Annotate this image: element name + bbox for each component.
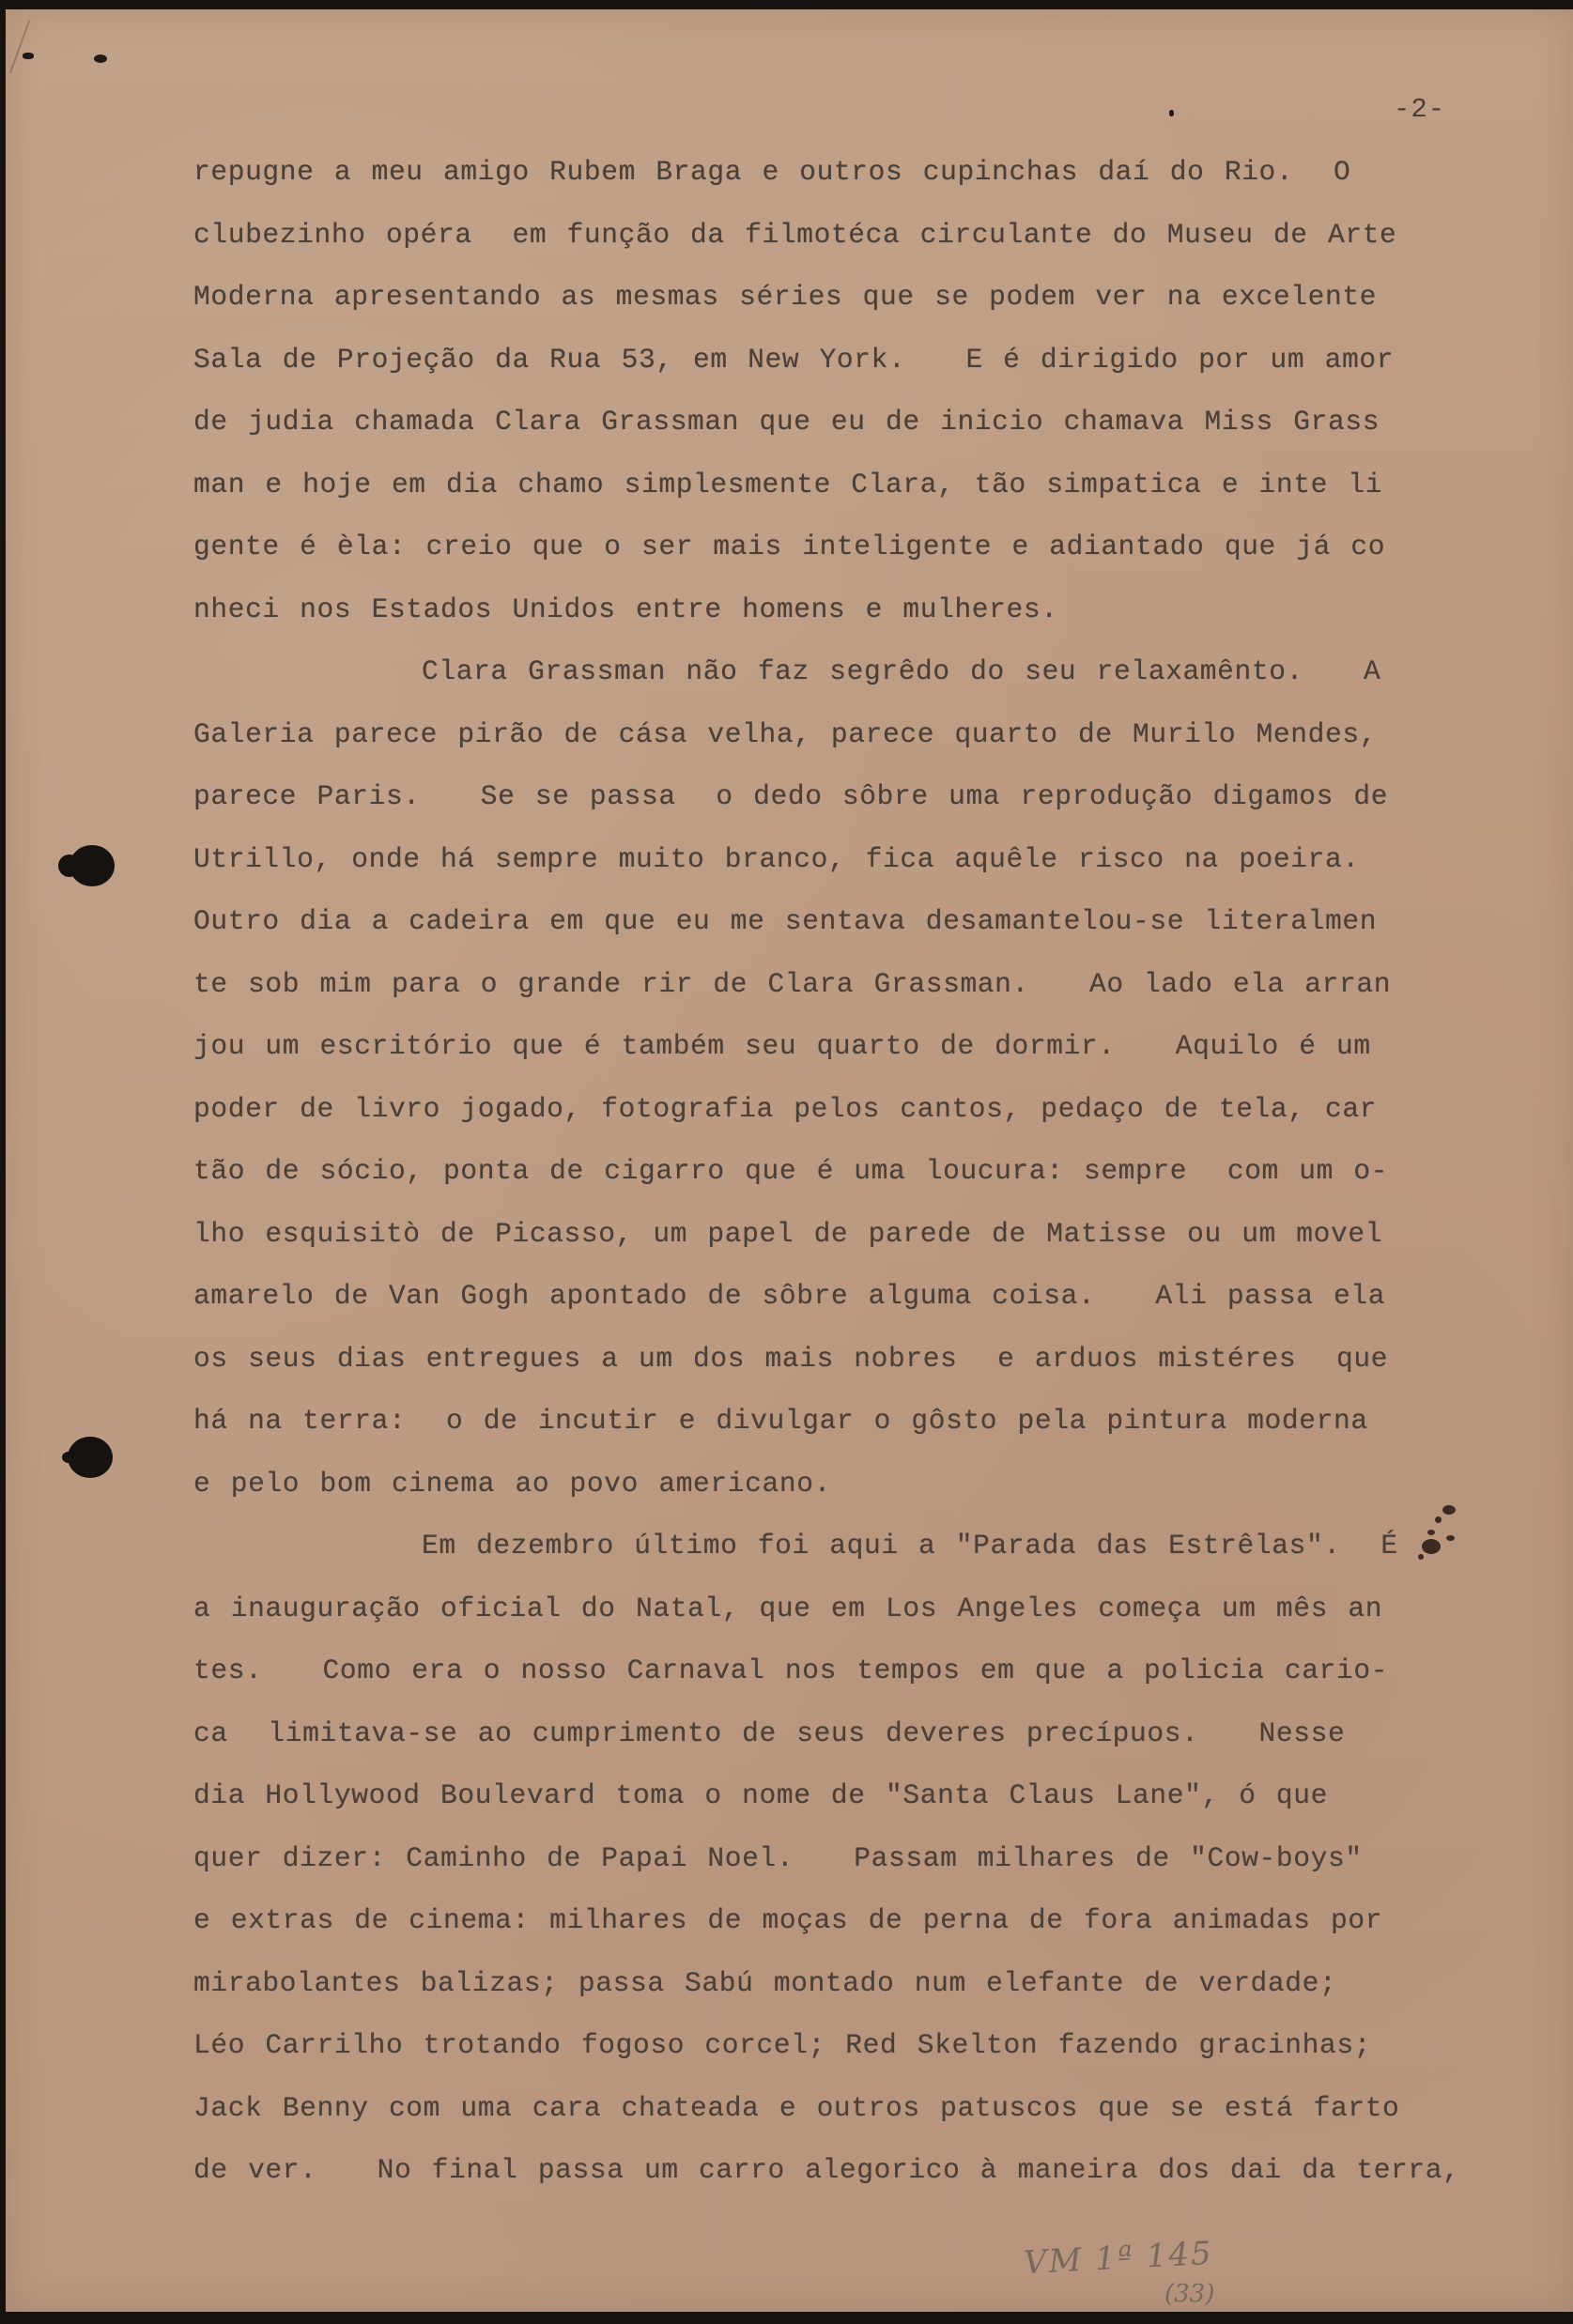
text-line: e pelo bom cinema ao povo americano.	[193, 1453, 1527, 1516]
text-line: amarelo de Van Gogh apontado de sôbre al…	[193, 1265, 1527, 1328]
text-line: parece Paris. Se se passa o dedo sôbre u…	[193, 765, 1527, 828]
text-line: repugne a meu amigo Rubem Braga e outros…	[193, 141, 1527, 204]
text-line: e extras de cinema: milhares de moças de…	[193, 1889, 1527, 1952]
text-line: jou um escritório que é também seu quart…	[193, 1015, 1527, 1078]
text-line: ca limitava-se ao cumprimento de seus de…	[193, 1702, 1527, 1765]
archive-reference-subnote: (33)	[1164, 2280, 1214, 2308]
ink-dot	[1169, 110, 1174, 116]
text-line: tes. Como era o nosso Carnaval nos tempo…	[193, 1639, 1527, 1702]
text-line: Jack Benny com uma cara chateada e outro…	[193, 2077, 1527, 2140]
ink-splotch	[1418, 1498, 1474, 1563]
text-line: Moderna apresentando as mesmas séries qu…	[193, 266, 1527, 329]
punch-hole-icon	[68, 1437, 113, 1478]
text-line: poder de livro jogado, fotografia pelos …	[193, 1078, 1527, 1141]
staple-hole	[94, 54, 107, 63]
text-line: há na terra: o de incutir e divulgar o g…	[193, 1390, 1527, 1453]
text-line: nheci nos Estados Unidos entre homens e …	[193, 578, 1527, 641]
text-line: os seus dias entregues a um dos mais nob…	[193, 1328, 1527, 1391]
text-line: Utrillo, onde há sempre muito branco, fi…	[193, 828, 1527, 891]
text-line: de judia chamada Clara Grassman que eu d…	[193, 391, 1527, 454]
scan-top-edge	[0, 0, 1573, 9]
text-line: Sala de Projeção da Rua 53, em New York.…	[193, 329, 1527, 392]
document-body: repugne a meu amigo Rubem Braga e outros…	[193, 141, 1527, 2202]
punch-hole-icon	[69, 845, 115, 886]
text-line: tão de sócio, ponta de cigarro que é uma…	[193, 1140, 1527, 1203]
text-line: lho esquisitò de Picasso, um papel de pa…	[193, 1203, 1527, 1266]
text-line: dia Hollywood Boulevard toma o nome de "…	[193, 1764, 1527, 1827]
text-line: de ver. No final passa um carro alegoric…	[193, 2139, 1527, 2202]
text-line: Outro dia a cadeira em que eu me sentava…	[193, 890, 1527, 953]
text-line: Clara Grassman não faz segrêdo do seu re…	[193, 640, 1527, 703]
page-number: -2-	[1394, 94, 1445, 125]
text-line: clubezinho opéra em função da filmotéca …	[193, 204, 1527, 267]
text-line: man e hoje em dia chamo simplesmente Cla…	[193, 454, 1527, 516]
corner-crease	[9, 20, 30, 73]
text-line: te sob mim para o grande rir de Clara Gr…	[193, 953, 1527, 1016]
text-line: Léo Carrilho trotando fogoso corcel; Red…	[193, 2014, 1527, 2077]
text-line: mirabolantes balizas; passa Sabú montado…	[193, 1952, 1527, 2015]
text-line: Galeria parece pirão de cása velha, pare…	[193, 703, 1527, 766]
text-line: a inauguração oficial do Natal, que em L…	[193, 1578, 1527, 1640]
text-line: Em dezembro último foi aqui a "Parada da…	[193, 1515, 1527, 1578]
text-line: quer dizer: Caminho de Papai Noel. Passa…	[193, 1827, 1527, 1890]
scan-bottom-edge	[0, 2312, 1573, 2324]
ink-mark	[23, 53, 34, 59]
text-line: gente é èla: creio que o ser mais inteli…	[193, 516, 1527, 578]
